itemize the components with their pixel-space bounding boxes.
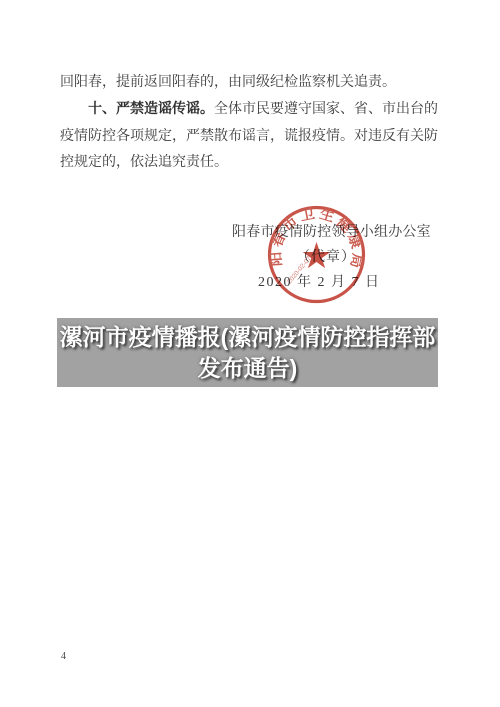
overlay-title-line1: 漯河市疫情播报(漯河疫情防控指挥部 — [60, 322, 436, 353]
signature-office-name: 阳春市疫情防控领导小组办公室 — [232, 221, 431, 241]
item-ten-heading: 十、严禁造谣传谣。 — [88, 102, 214, 117]
paragraph-continuation: 回阳春，提前返回阳春的，由同级纪检监察机关追责。 — [60, 70, 438, 97]
overlay-title-line2: 发布通告) — [198, 353, 298, 384]
signature-date: 2020 年 2 月 7 日 — [258, 271, 381, 291]
document-page: 回阳春，提前返回阳春的，由同级纪检监察机关追责。 十、严禁造谣传谣。全体市民要遵… — [0, 0, 500, 707]
signature-seal-note: （代章） — [296, 246, 356, 266]
page-number: 4 — [61, 651, 66, 662]
paragraph-item-ten: 十、严禁造谣传谣。全体市民要遵守国家、省、市出台的疫情防控各项规定，严禁散布谣言… — [60, 97, 438, 177]
overlay-title-band: 漯河市疫情播报(漯河疫情防控指挥部 发布通告) — [57, 318, 438, 387]
document-body: 回阳春，提前返回阳春的，由同级纪检监察机关追责。 十、严禁造谣传谣。全体市民要遵… — [60, 70, 438, 177]
